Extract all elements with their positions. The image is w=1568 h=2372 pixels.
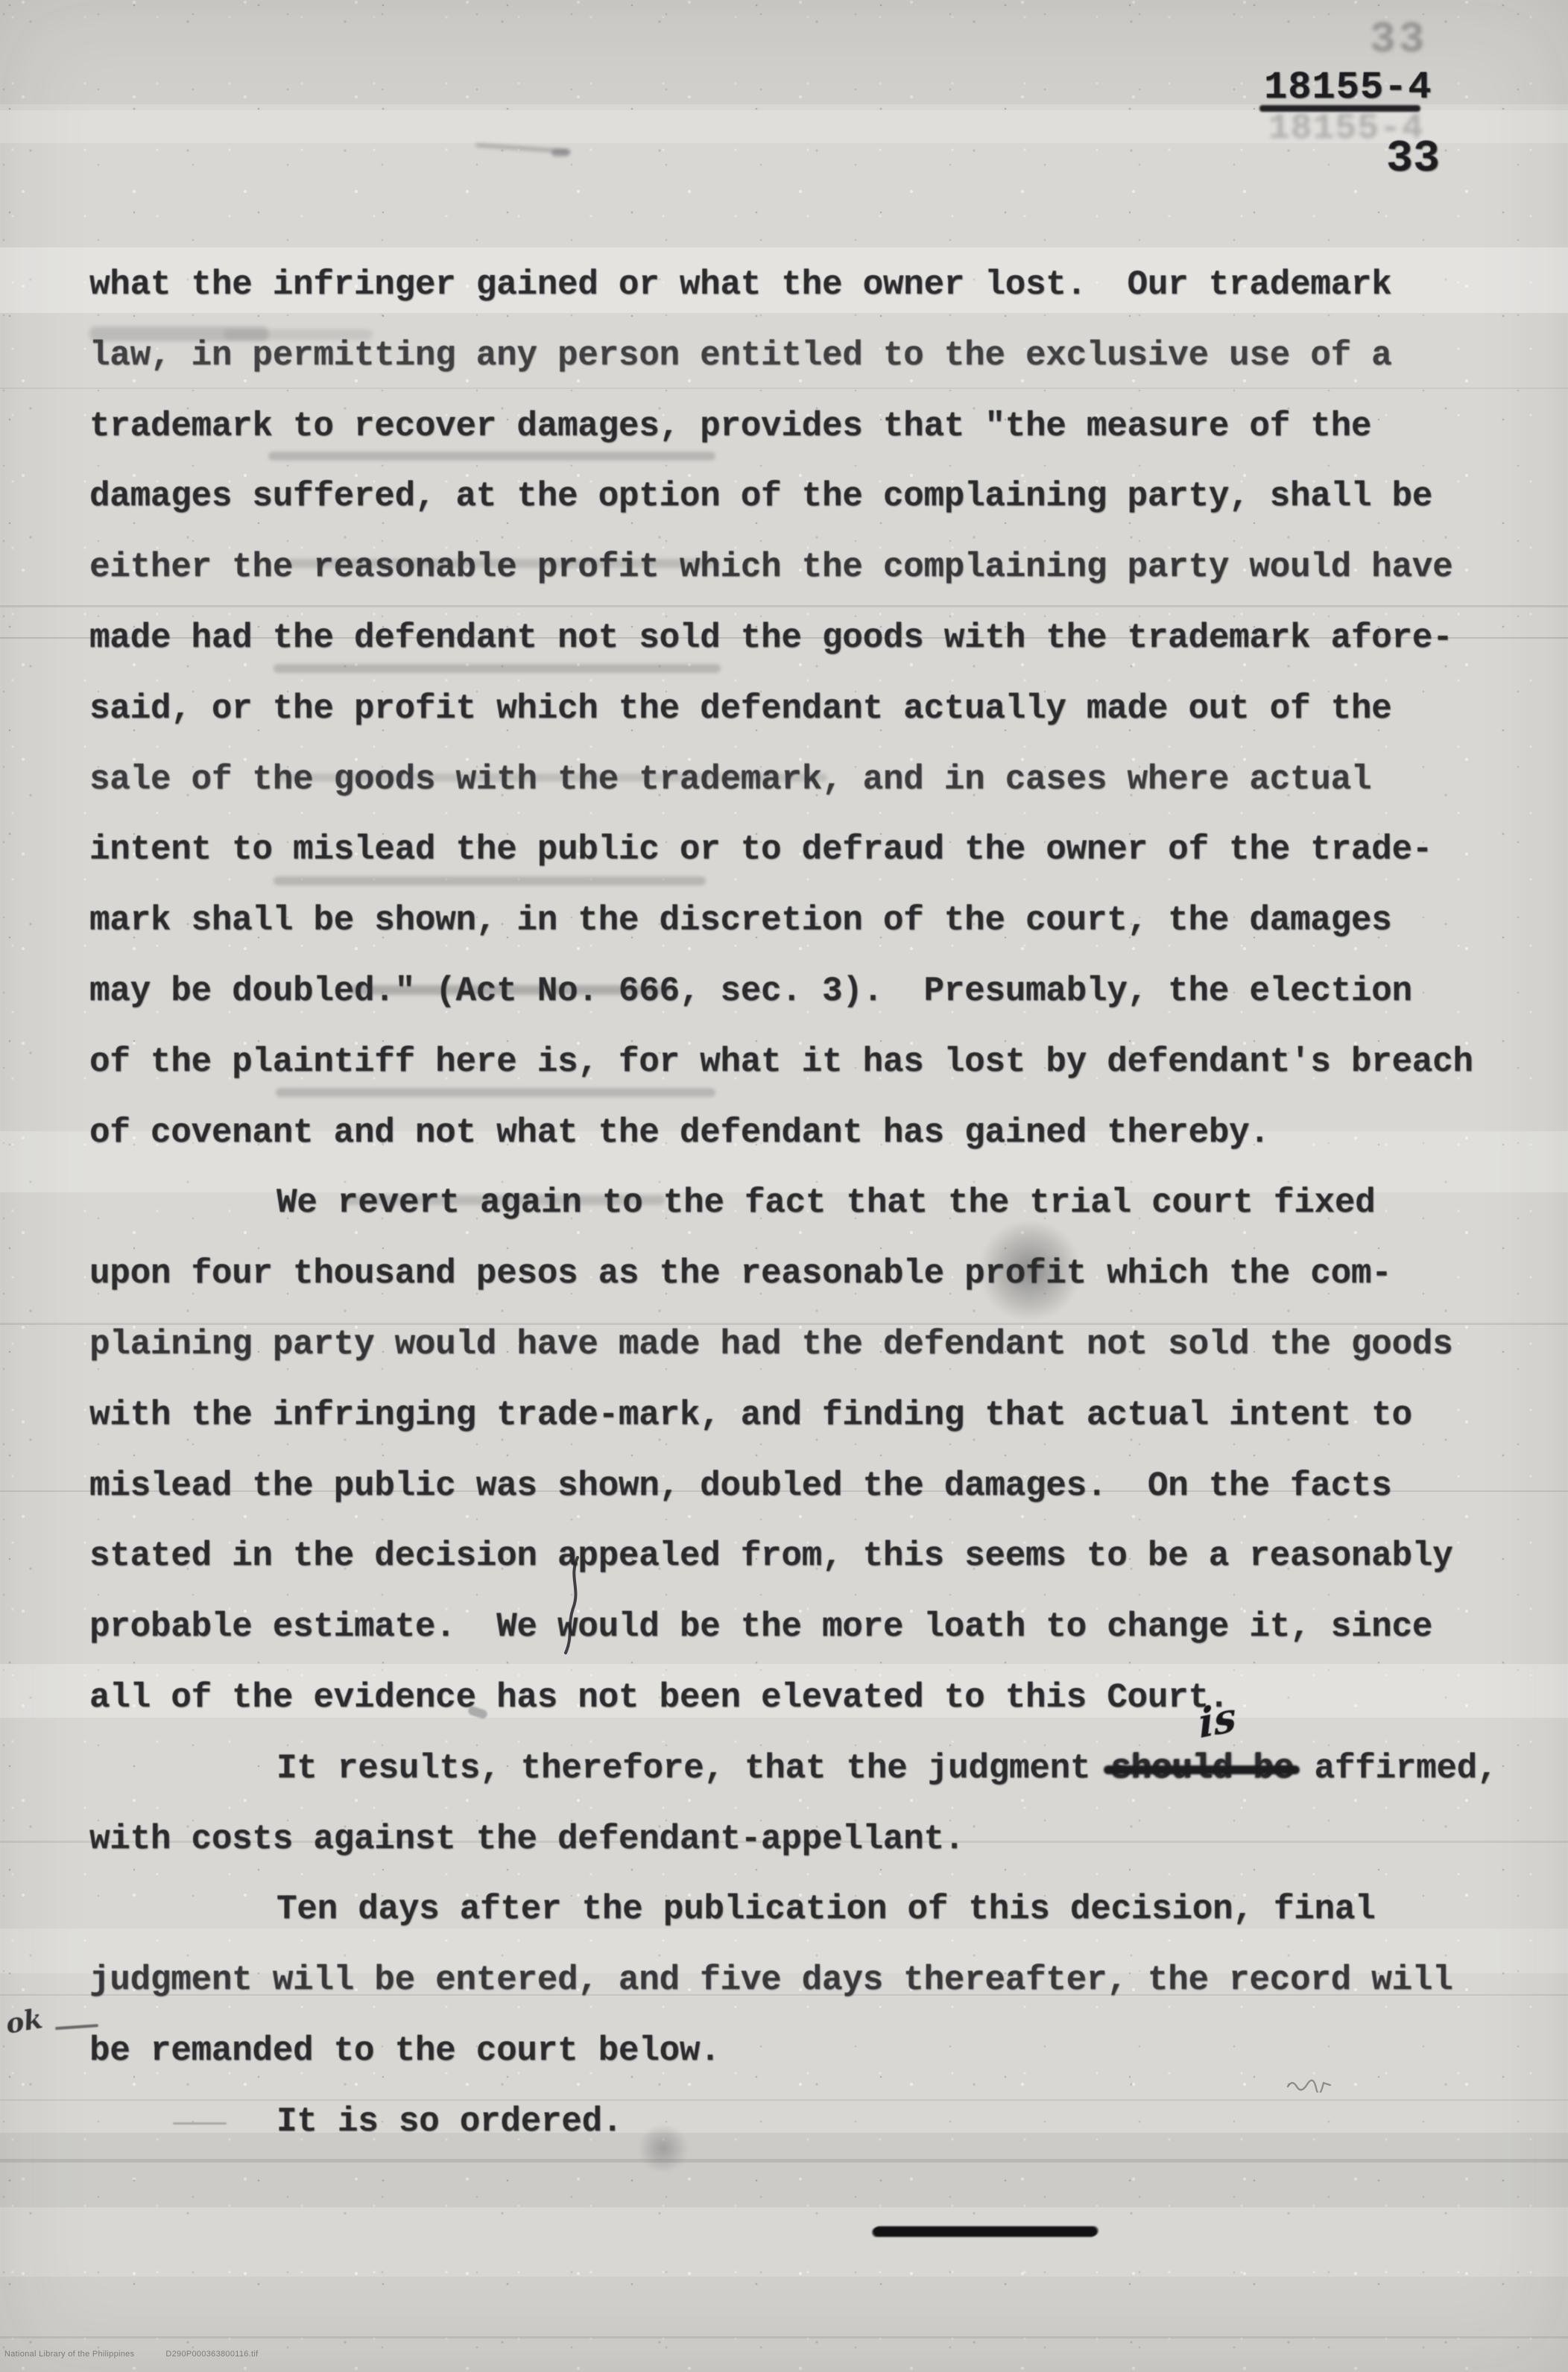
ink-rule xyxy=(873,2227,1097,2236)
typewritten-line: may be doubled." (Act No. 666, sec. 3). … xyxy=(89,956,1568,1027)
scan-streak xyxy=(0,2159,1568,2163)
typewritten-line: law, in permitting any person entitled t… xyxy=(89,320,1568,391)
scanned-court-decision-page: 33 18155-4 18155-4 33 what the infringer… xyxy=(0,0,1568,2372)
typewritten-line: with the infringing trade-mark, and find… xyxy=(89,1380,1568,1451)
typewritten-line: trademark to recover damages, provides t… xyxy=(89,391,1568,462)
library-label: National Library of the Philippines xyxy=(4,2350,134,2359)
typewritten-line: Ten days after the publication of this d… xyxy=(89,1874,1568,1945)
scan-streak xyxy=(0,2336,1568,2338)
typewritten-line: mislead the public was shown, doubled th… xyxy=(89,1451,1568,1522)
typewritten-line: what the infringer gained or what the ow… xyxy=(89,250,1568,320)
line-segment: affirmed, xyxy=(1294,1749,1497,1788)
typewritten-line: upon four thousand pesos as the reasonab… xyxy=(89,1239,1568,1309)
typewritten-line: plaining party would have made had the d… xyxy=(89,1309,1568,1380)
case-number: 18155-4 xyxy=(1264,66,1432,110)
typewritten-line: be remanded to the court below. xyxy=(89,2016,1568,2087)
margin-note: ok xyxy=(4,2003,45,2040)
typewritten-line: sale of the goods with the trademark, an… xyxy=(89,744,1568,815)
typewritten-line: stated in the decision appealed from, th… xyxy=(89,1521,1568,1592)
margin-dash xyxy=(173,2122,227,2125)
typewritten-line: intent to mislead the public or to defra… xyxy=(89,815,1568,885)
file-id-label: D290P000363800116.tif xyxy=(165,2350,258,2359)
typewritten-line: We revert again to the fact that the tri… xyxy=(89,1168,1568,1239)
typewritten-line: probable estimate. We would be the more … xyxy=(89,1592,1568,1663)
typewritten-line: made had the defendant not sold the good… xyxy=(89,603,1568,674)
typewritten-line: with costs against the defendant-appella… xyxy=(89,1804,1568,1875)
typewritten-line: of covenant and not what the defendant h… xyxy=(89,1098,1568,1168)
typewritten-line: judgment will be entered, and five days … xyxy=(89,1945,1568,2016)
typewritten-line: of the plaintiff here is, for what it ha… xyxy=(89,1027,1568,1098)
typewritten-line: mark shall be shown, in the discretion o… xyxy=(89,885,1568,956)
pencil-smudge xyxy=(475,143,571,154)
page-number: 33 xyxy=(1386,134,1440,185)
handwritten-correction: is xyxy=(1197,1692,1237,1748)
typewritten-line: damages suffered, at the option of the c… xyxy=(89,461,1568,532)
typewritten-line: either the reasonable profit which the c… xyxy=(89,532,1568,603)
typewritten-line-with-correction: It results, therefore, that the judgment… xyxy=(89,1733,1568,1804)
typewritten-line: It is so ordered. xyxy=(89,2087,1568,2157)
ghost-page-number: 33 xyxy=(1370,16,1428,65)
typewritten-body: what the infringer gained or what the ow… xyxy=(89,250,1568,2157)
scan-footer: National Library of the PhilippinesD290P… xyxy=(4,2350,259,2359)
pencil-smudge xyxy=(551,149,569,156)
typewritten-line: all of the evidence has not been elevate… xyxy=(89,1663,1568,1733)
line-segment: It results, therefore, that the judgment xyxy=(276,1749,1111,1788)
typewritten-line: said, or the profit which the defendant … xyxy=(89,674,1568,744)
